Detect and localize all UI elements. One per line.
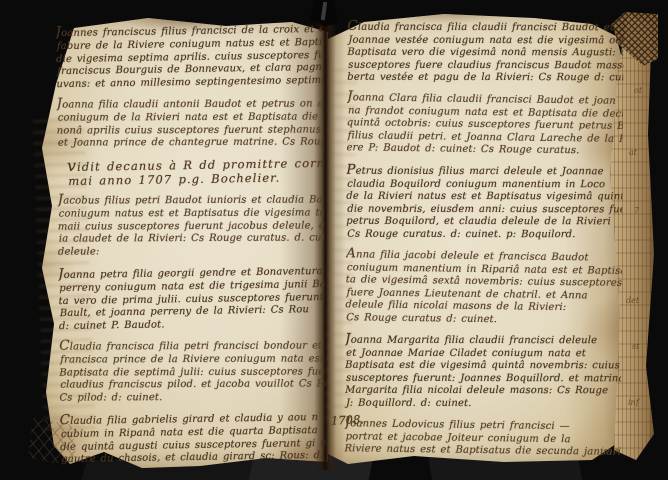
register-entry: Claudia filia gabrielis girard et claudi…: [60, 410, 327, 467]
hand-line: Cs pilod: d: cuinet.: [59, 392, 325, 406]
hand-line: nonâ aprilis cuius susceptores fuerunt s…: [57, 124, 323, 138]
hand-line: Baptisata vero die vigesimâ nonâ mensis …: [347, 47, 623, 60]
right-page-text: Claudia francisca filia claudii francisc…: [344, 19, 623, 467]
hand-line: berta vestée et pagu de la Rivieri: Cs R…: [347, 72, 623, 85]
hand-line: claudia Boquilord coniugum manentium in …: [347, 178, 623, 191]
hand-line: coniugum de la Rivieri nata est et Bapti…: [58, 111, 324, 125]
register-entry: Joanna filia claudii antonii Baudot et p…: [57, 96, 323, 150]
register-entry: Petrus dionisius filius marci deleule et…: [346, 164, 622, 242]
register-entry: Jacobus filius petri Baudot iunioris et …: [58, 193, 324, 260]
hand-line: Joanna Margarita filia claudii francisci…: [345, 333, 621, 348]
hand-line: ia claudet de la Rivieri: Cs Rouge curat…: [59, 233, 325, 247]
hand-line: Petrus dionisius filius marci deleule et…: [346, 164, 622, 179]
visitation-note: vidit decanus à R dd promittre cormilles…: [67, 155, 323, 188]
fore-edge-ink-mark: st: [632, 342, 639, 351]
register-entry: Claudia francisca filia claudii francisc…: [347, 20, 623, 85]
register-entry: Joanna Margarita filia claudii francisci…: [345, 333, 621, 411]
hand-line: die novembris, eiusdem anni: cuius susce…: [347, 203, 623, 216]
hand-line: claudius franciscus pilod. et jacoba vou…: [60, 379, 326, 393]
hand-line: Margarita filia nicolai deleule masons: …: [345, 385, 621, 398]
hand-line: J: Boquillord. d: cuinet.: [346, 398, 622, 411]
fore-edge-ink-mark: det: [626, 296, 639, 305]
hand-line: Claudia francisca filia claudii francisc…: [347, 20, 623, 35]
hand-line: susceptores fuerunt: Joannes Boquillord.…: [346, 373, 622, 386]
hand-line: Joanna filia claudii antonii Baudot et p…: [57, 96, 323, 112]
hand-line: Cs Rouge curatus. d: cuinet. p: Boquilor…: [347, 229, 623, 242]
fore-edge-ink-mark: ot: [634, 86, 642, 95]
hand-line: de la Rivieri natus est et Baptisatus vi…: [346, 191, 622, 204]
hand-line: susceptores fuere claudius franciscus Ba…: [348, 60, 623, 73]
manuscript-scan: Joannes franciscus filius francisci de l…: [0, 0, 668, 480]
margin-year-note: 1708.: [331, 412, 364, 427]
register-entry: Joannes Lodovicus filius petri francisci…: [344, 416, 620, 459]
hand-line: Baptisata est die vigesimâ quintâ novemb…: [345, 360, 621, 373]
hand-line: francisca prince de la Riviere coniugum …: [60, 353, 326, 367]
register-entry: Joannes franciscus filius francisci de l…: [56, 23, 323, 92]
pencil-mark-bottom: faug: [600, 445, 619, 456]
register-entry: Joanna petra filia georgii gendre et Bon…: [58, 264, 325, 334]
hand-line: petrus Boquilord, et claudia deleule de …: [346, 216, 622, 229]
hand-line: et Joanna prince de chantegrue matrine. …: [58, 137, 324, 151]
hand-line: et Joannae Mariae Ciladet coniugum nata …: [346, 347, 622, 360]
hand-line: Jacobus filius petri Baudot iunioris et …: [58, 193, 324, 209]
register-entry: Claudia francisca filia petri francisci …: [59, 339, 325, 406]
register-entry: Anna filia jacobi deleule et francisca B…: [345, 247, 622, 328]
hand-line: mai anno 1707 p.g. Bochelier.: [68, 170, 324, 188]
hand-line: coniugum natus est et Baptisatus die vig…: [59, 207, 325, 221]
hand-line: Claudia francisca filia petri francisci …: [59, 339, 325, 355]
fore-edge-ink-mark: at: [629, 148, 637, 157]
left-page-text: Joannes franciscus filius francisci de l…: [56, 23, 327, 468]
hand-line: deleule:: [58, 246, 324, 260]
fore-edge-ink-mark: 7: [634, 206, 639, 215]
fore-edge-ink-mark: inf: [628, 398, 639, 407]
register-entry: Joanna Clara filia claudii francisci Bau…: [346, 90, 623, 159]
hand-line: Joannae vestée coniugum nata est die vig…: [348, 34, 623, 47]
